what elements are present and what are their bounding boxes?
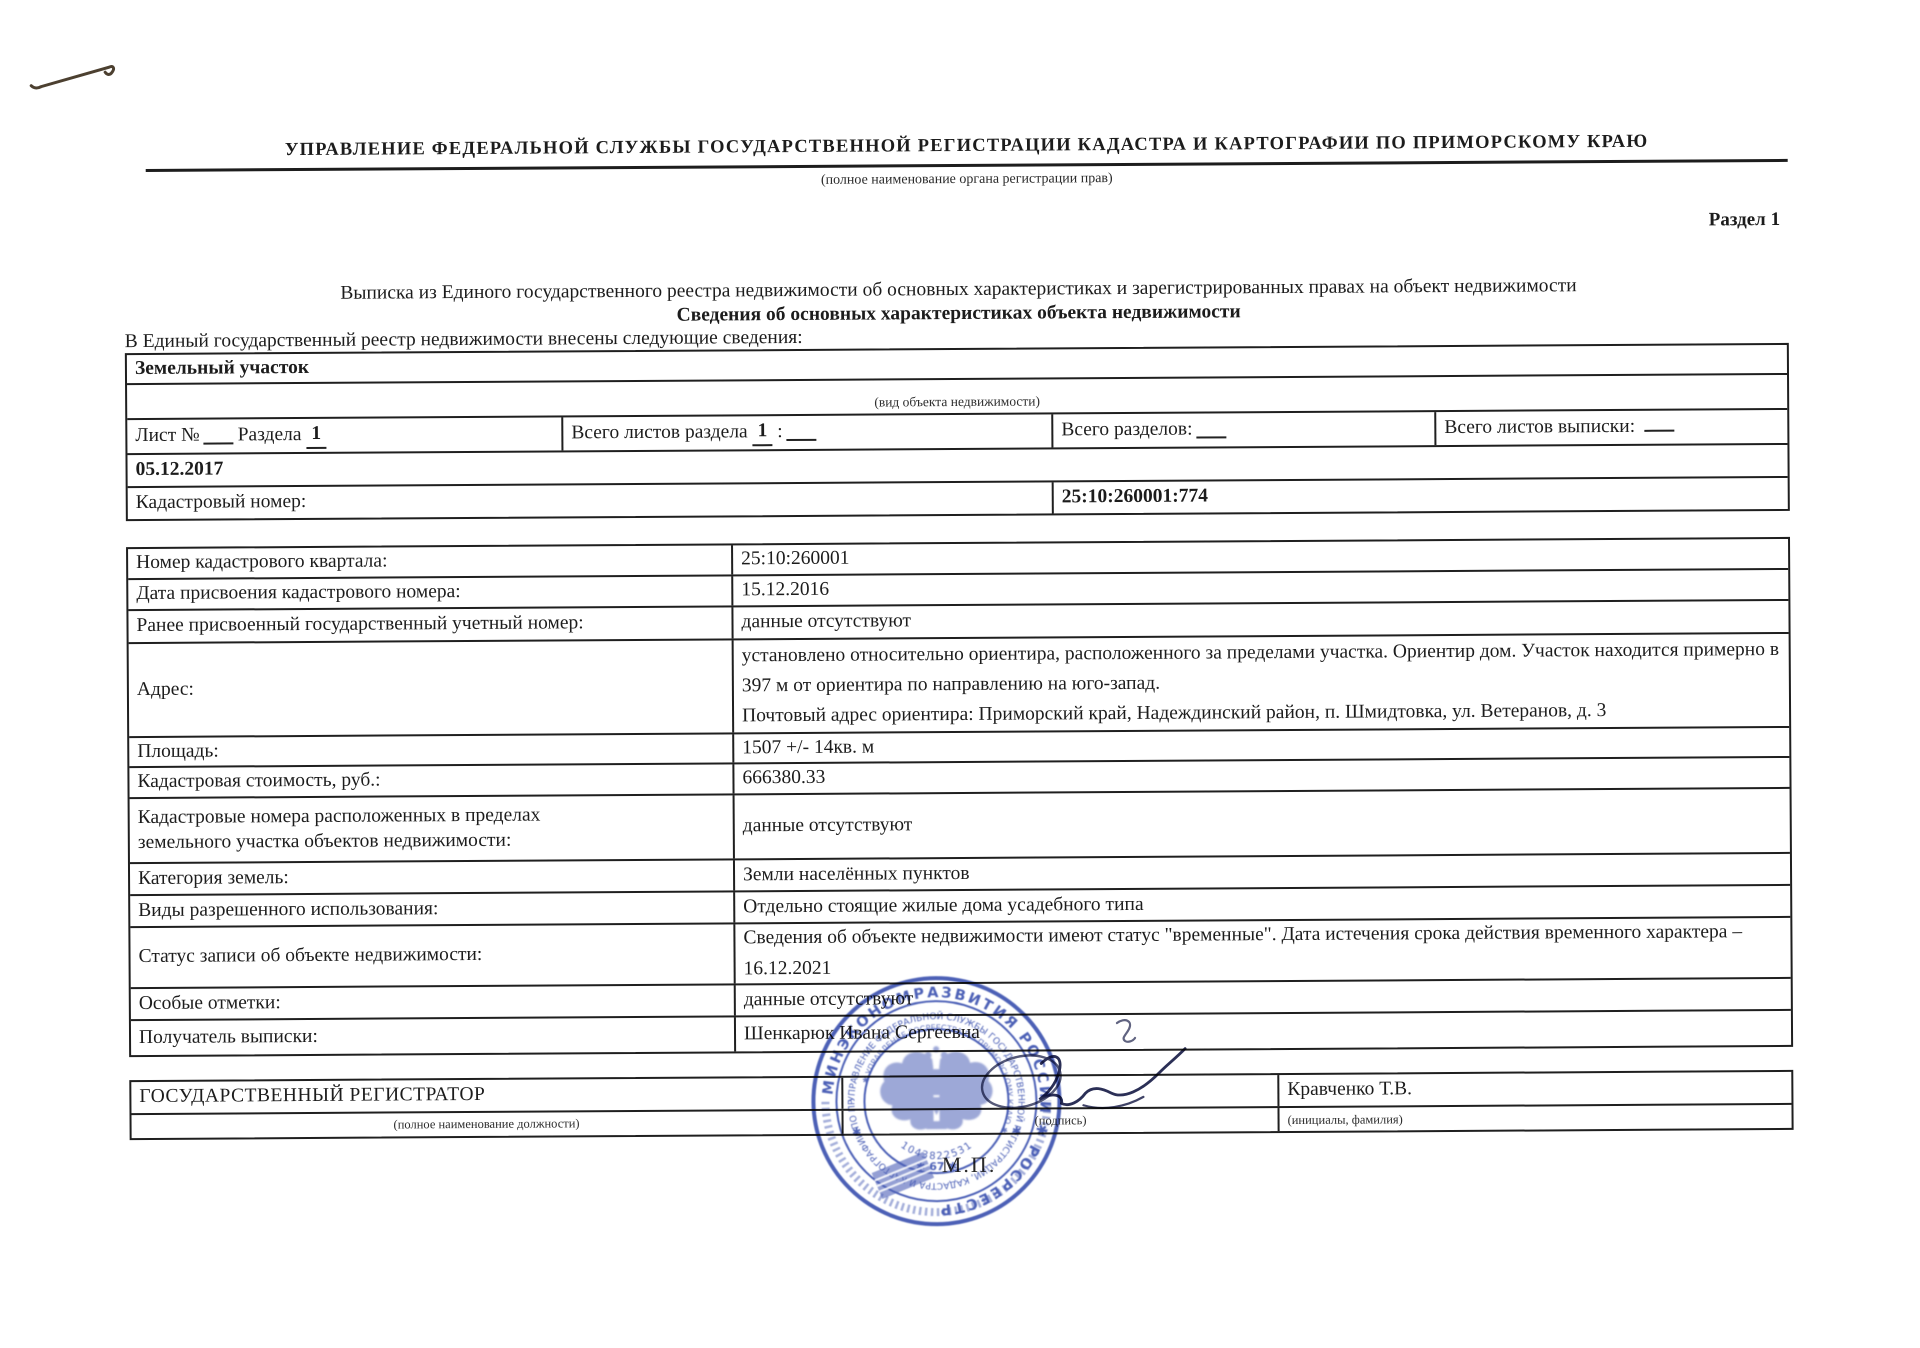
stamp-star-right: ✱: [1012, 1125, 1021, 1138]
object-header-table: Земельный участок (вид объекта недвижимо…: [125, 343, 1790, 521]
section-label: Раздел 1: [1709, 209, 1780, 231]
sheets-total-blank: [787, 424, 817, 440]
sections-total-label: Всего разделов:: [1061, 418, 1192, 443]
registrar-title: ГОСУДАРСТВЕННЫЙ РЕГИСТРАТОР: [131, 1078, 843, 1113]
sheets-total-colon: :: [777, 420, 783, 444]
row-value: Отдельно стоящие жилые дома усадебного т…: [735, 889, 1790, 920]
row-label: Кадастровая стоимость, руб.:: [129, 764, 734, 797]
signature-underline: [1083, 1097, 1143, 1108]
row-value: установлено относительно ориентира, расп…: [734, 635, 1790, 732]
registrar-signature: [963, 1029, 1204, 1120]
sheet-section-number: 1: [306, 422, 326, 448]
row-label: Площадь:: [129, 734, 734, 766]
stamp-star-left: ✱: [852, 1126, 861, 1139]
row-label: Ранее присвоенный государственный учетны…: [128, 607, 733, 642]
table-row: Кадастровые номера расположенных в преде…: [130, 789, 1790, 864]
row-label: Особые отметки:: [131, 985, 736, 1019]
extract-sheets-cell: Всего листов выписки:: [1436, 414, 1787, 441]
pen-scratch-mark: [17, 45, 137, 106]
sheet-label: Лист №: [135, 424, 199, 449]
registrar-name: Кравченко Т.В.: [1279, 1075, 1791, 1103]
row-value: данные отсутствуют: [733, 604, 1788, 635]
sections-total-blank: [1196, 422, 1226, 438]
table-row: Адрес: установлено относительно ориентир…: [129, 634, 1790, 738]
row-label: Виды разрешенного использования:: [130, 892, 735, 926]
sheet-section-label: Раздела: [238, 423, 302, 448]
sheets-total-number: 1: [752, 419, 772, 445]
row-value: данные отсутствуют: [735, 808, 1790, 839]
document-title-caption: (полное наименование органа регистрации …: [146, 167, 1788, 193]
extract-sheets-blank: [1644, 416, 1674, 432]
row-value: 1507 +/- 14кв. м: [734, 730, 1789, 761]
row-label: Получатель выписки:: [131, 1017, 736, 1055]
row-label: Номер кадастрового квартала:: [128, 545, 733, 578]
cadastral-number-value: 25:10:260001:774: [1054, 485, 1216, 510]
row-label: Кадастровые номера расположенных в преде…: [130, 795, 735, 862]
extract-sheets-label: Всего листов выписки:: [1444, 416, 1635, 438]
object-type: Земельный участок: [127, 356, 317, 382]
cadastral-number-label: Кадастровый номер:: [128, 482, 1054, 519]
name-caption: (инициалы, фамилия): [1288, 1113, 1403, 1128]
document-title: УПРАВЛЕНИЕ ФЕДЕРАЛЬНОЙ СЛУЖБЫ ГОСУДАРСТВ…: [146, 131, 1788, 172]
sheet-number-blank: [204, 428, 234, 444]
sheets-total-cell: Всего листов раздела 1 :: [563, 414, 1053, 450]
row-value: 25:10:260001: [733, 541, 1788, 572]
sections-total-cell: Всего разделов:: [1053, 412, 1436, 447]
scanned-document-page: УПРАВЛЕНИЕ ФЕДЕРАЛЬНОЙ СЛУЖБЫ ГОСУДАРСТВ…: [0, 0, 1920, 1348]
row-value: 15.12.2016: [733, 572, 1788, 603]
sheet-number-cell: Лист № Раздела 1: [127, 417, 563, 453]
object-type-caption: (вид объекта недвижимости): [866, 394, 1048, 414]
position-caption: (полное наименование должности): [140, 1114, 834, 1134]
extract-date: 05.12.2017: [127, 458, 231, 483]
row-value: Земли населённых пунктов: [735, 857, 1790, 888]
row-value: 666380.33: [734, 760, 1789, 791]
row-label: Статус записи об объекте недвижимости:: [130, 924, 735, 987]
row-label: Категория земель:: [130, 860, 735, 894]
row-label: Адрес:: [129, 640, 735, 736]
row-label: Дата присвоения кадастрового номера:: [128, 576, 733, 609]
sheets-total-label: Всего листов раздела: [571, 421, 747, 446]
